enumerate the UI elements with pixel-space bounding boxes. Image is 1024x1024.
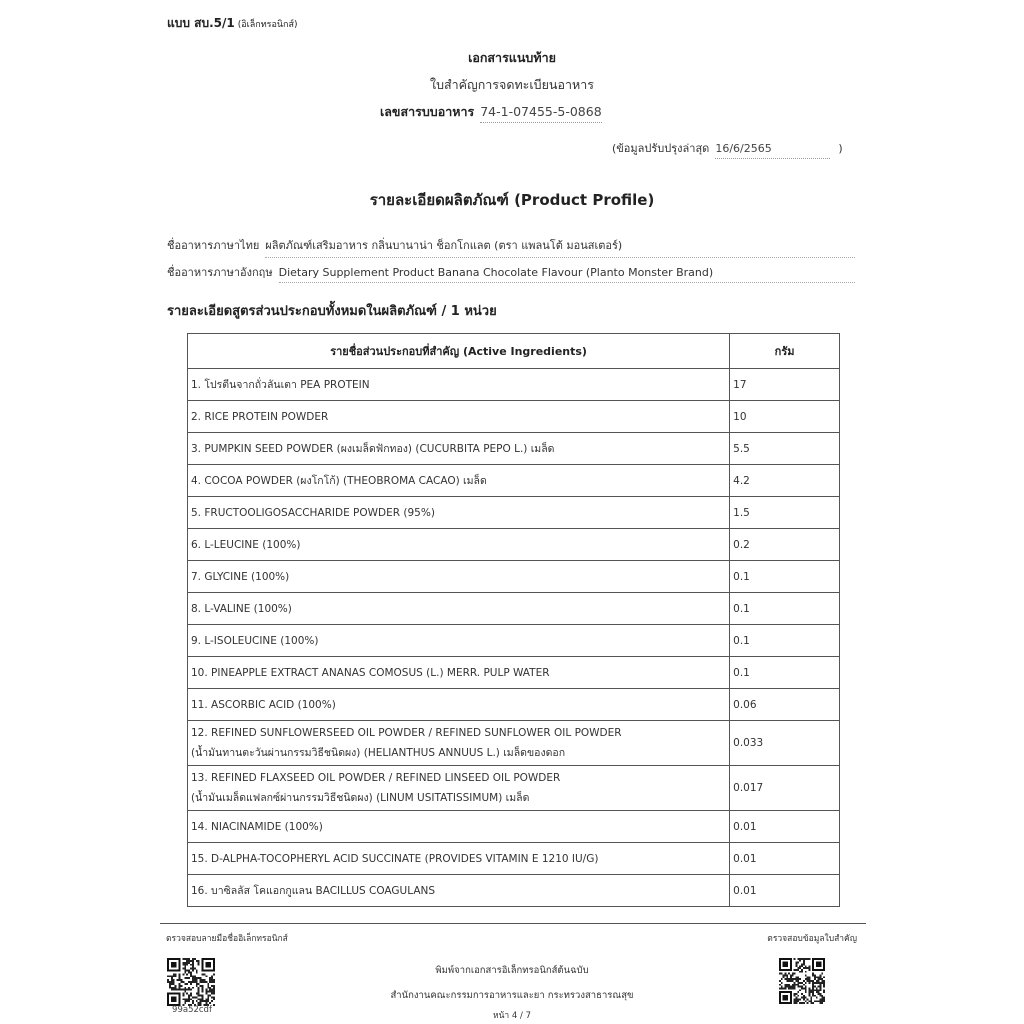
ingredient-name: 3. PUMPKIN SEED POWDER (ผงเมล็ดฟักทอง) (…	[188, 433, 730, 465]
ingredient-name: 7. GLYCINE (100%)	[188, 561, 730, 593]
ingredient-name: 11. ASCORBIC ACID (100%)	[188, 689, 730, 721]
table-row: 6. L-LEUCINE (100%)0.2	[188, 529, 840, 561]
ingredient-grams: 0.1	[730, 625, 840, 657]
issuing-agency: สำนักงานคณะกรรมการอาหารและยา กระทรวงสาธา…	[0, 988, 1024, 1003]
ingredient-name-line: 1. โปรตีนจากถั่วลันเตา PEA PROTEIN	[191, 376, 726, 393]
ingredient-grams: 0.01	[730, 843, 840, 875]
ingredient-name: 10. PINEAPPLE EXTRACT ANANAS COMOSUS (L.…	[188, 657, 730, 689]
ingredient-grams: 0.01	[730, 875, 840, 907]
table-row: 15. D-ALPHA-TOCOPHERYL ACID SUCCINATE (P…	[188, 843, 840, 875]
updated-date: 16/6/2565	[715, 142, 830, 159]
ingredient-grams: 1.5	[730, 497, 840, 529]
ingredient-name-line: 14. NIACINAMIDE (100%)	[191, 821, 726, 833]
ingredient-name-line: (น้ำมันทานตะวันผ่านกรรมวิธีชนิดผง) (HELI…	[191, 743, 726, 763]
table-row: 7. GLYCINE (100%)0.1	[188, 561, 840, 593]
ingredient-grams: 4.2	[730, 465, 840, 497]
form-code-sub: (อิเล็กทรอนิกส์)	[238, 20, 298, 30]
table-row: 8. L-VALINE (100%)0.1	[188, 593, 840, 625]
ingredient-name-line: 13. REFINED FLAXSEED OIL POWDER / REFINE…	[191, 768, 726, 788]
updated-close: )	[838, 142, 842, 155]
ingredient-name: 5. FRUCTOOLIGOSACCHARIDE POWDER (95%)	[188, 497, 730, 529]
ingredient-grams: 17	[730, 369, 840, 401]
ingredient-name: 13. REFINED FLAXSEED OIL POWDER / REFINE…	[188, 766, 730, 811]
ingredient-name: 16. บาซิลลัส โคแอกกูแลน BACILLUS COAGULA…	[188, 875, 730, 907]
ingredient-name-line: 11. ASCORBIC ACID (100%)	[191, 699, 726, 711]
printed-from-original: พิมพ์จากเอกสารอิเล็กทรอนิกส์ต้นฉบับ	[0, 963, 1024, 978]
ingredient-grams: 0.017	[730, 766, 840, 811]
ingredient-grams: 0.033	[730, 721, 840, 766]
ingredient-name: 8. L-VALINE (100%)	[188, 593, 730, 625]
ingredient-name: 2. RICE PROTEIN POWDER	[188, 401, 730, 433]
registration-number: 74-1-07455-5-0868	[480, 104, 602, 123]
ingredient-name: 4. COCOA POWDER (ผงโกโก้) (THEOBROMA CAC…	[188, 465, 730, 497]
ingredients-body: 1. โปรตีนจากถั่วลันเตา PEA PROTEIN172. R…	[188, 369, 840, 907]
registration-row: เลขสารบบอาหาร 74-1-07455-5-0868	[380, 102, 602, 123]
ingredient-name-line: 6. L-LEUCINE (100%)	[191, 539, 726, 551]
ingredient-name-line: (น้ำมันเมล็ดแฟลกซ์ผ่านกรรมวิธีชนิดผง) (L…	[191, 788, 726, 808]
document-subtitle: ใบสำคัญการจดทะเบียนอาหาร	[0, 75, 1024, 95]
ingredient-name: 14. NIACINAMIDE (100%)	[188, 811, 730, 843]
thai-name-label: ชื่ออาหารภาษาไทย	[167, 236, 259, 254]
footer-divider	[160, 923, 866, 924]
form-code-main: แบบ สบ.5/1	[167, 16, 235, 30]
table-row: 4. COCOA POWDER (ผงโกโก้) (THEOBROMA CAC…	[188, 465, 840, 497]
thai-name-value: ผลิตภัณฑ์เสริมอาหาร กลิ่นบานาน่า ช็อกโกแ…	[265, 236, 855, 258]
ingredient-grams: 10	[730, 401, 840, 433]
ingredient-name-line: 5. FRUCTOOLIGOSACCHARIDE POWDER (95%)	[191, 507, 726, 519]
ingredient-grams: 0.01	[730, 811, 840, 843]
ingredient-name-line: 4. COCOA POWDER (ผงโกโก้) (THEOBROMA CAC…	[191, 472, 726, 489]
ingredient-name-line: 3. PUMPKIN SEED POWDER (ผงเมล็ดฟักทอง) (…	[191, 440, 726, 457]
table-row: 5. FRUCTOOLIGOSACCHARIDE POWDER (95%)1.5	[188, 497, 840, 529]
certificate-verify-label: ตรวจสอบข้อมูลใบสำคัญ	[767, 931, 857, 945]
form-code: แบบ สบ.5/1(อิเล็กทรอนิกส์)	[167, 14, 297, 33]
ingredient-name-line: 10. PINEAPPLE EXTRACT ANANAS COMOSUS (L.…	[191, 667, 726, 679]
page-number: หน้า 4 / 7	[0, 1008, 1024, 1022]
ingredient-grams: 0.1	[730, 657, 840, 689]
updated-row: (ข้อมูลปรับปรุงล่าสุด 16/6/2565 )	[612, 139, 843, 159]
ingredient-name-line: 15. D-ALPHA-TOCOPHERYL ACID SUCCINATE (P…	[191, 853, 726, 865]
ingredient-name: 6. L-LEUCINE (100%)	[188, 529, 730, 561]
ingredient-grams: 0.1	[730, 593, 840, 625]
ingredient-name-line: 9. L-ISOLEUCINE (100%)	[191, 635, 726, 647]
ingredient-name-line: 8. L-VALINE (100%)	[191, 603, 726, 615]
ingredients-table: รายชื่อส่วนประกอบที่สำคัญ (Active Ingred…	[187, 333, 840, 907]
ingredient-name-line: 12. REFINED SUNFLOWERSEED OIL POWDER / R…	[191, 723, 726, 743]
ingredient-name: 15. D-ALPHA-TOCOPHERYL ACID SUCCINATE (P…	[188, 843, 730, 875]
table-row: 14. NIACINAMIDE (100%)0.01	[188, 811, 840, 843]
table-header-row: รายชื่อส่วนประกอบที่สำคัญ (Active Ingred…	[188, 334, 840, 369]
table-row: 11. ASCORBIC ACID (100%)0.06	[188, 689, 840, 721]
ingredient-name: 1. โปรตีนจากถั่วลันเตา PEA PROTEIN	[188, 369, 730, 401]
ingredient-grams: 5.5	[730, 433, 840, 465]
table-row: 2. RICE PROTEIN POWDER10	[188, 401, 840, 433]
column-header-grams: กรัม	[730, 334, 840, 369]
ingredient-name: 9. L-ISOLEUCINE (100%)	[188, 625, 730, 657]
table-row: 12. REFINED SUNFLOWERSEED OIL POWDER / R…	[188, 721, 840, 766]
table-row: 9. L-ISOLEUCINE (100%)0.1	[188, 625, 840, 657]
ingredient-grams: 0.06	[730, 689, 840, 721]
english-name-row: ชื่ออาหารภาษาอังกฤษ Dietary Supplement P…	[167, 263, 855, 283]
english-name-value: Dietary Supplement Product Banana Chocol…	[279, 266, 855, 283]
column-header-ingredient: รายชื่อส่วนประกอบที่สำคัญ (Active Ingred…	[188, 334, 730, 369]
profile-title: รายละเอียดผลิตภัณฑ์ (Product Profile)	[0, 188, 1024, 212]
ingredient-name-line: 2. RICE PROTEIN POWDER	[191, 411, 726, 423]
ingredient-grams: 0.1	[730, 561, 840, 593]
table-row: 10. PINEAPPLE EXTRACT ANANAS COMOSUS (L.…	[188, 657, 840, 689]
formula-title: รายละเอียดสูตรส่วนประกอบทั้งหมดในผลิตภัณ…	[167, 300, 497, 321]
table-row: 3. PUMPKIN SEED POWDER (ผงเมล็ดฟักทอง) (…	[188, 433, 840, 465]
ingredient-name-line: 7. GLYCINE (100%)	[191, 571, 726, 583]
signature-verify-label: ตรวจสอบลายมือชื่ออิเล็กทรอนิกส์	[166, 931, 288, 945]
updated-label: (ข้อมูลปรับปรุงล่าสุด	[612, 139, 709, 157]
registration-label: เลขสารบบอาหาร	[380, 102, 474, 122]
thai-name-row: ชื่ออาหารภาษาไทย ผลิตภัณฑ์เสริมอาหาร กลิ…	[167, 236, 855, 258]
document-title: เอกสารแนบท้าย	[0, 48, 1024, 68]
table-row: 16. บาซิลลัส โคแอกกูแลน BACILLUS COAGULA…	[188, 875, 840, 907]
table-row: 1. โปรตีนจากถั่วลันเตา PEA PROTEIN17	[188, 369, 840, 401]
english-name-label: ชื่ออาหารภาษาอังกฤษ	[167, 263, 273, 281]
ingredient-grams: 0.2	[730, 529, 840, 561]
ingredient-name: 12. REFINED SUNFLOWERSEED OIL POWDER / R…	[188, 721, 730, 766]
ingredient-name-line: 16. บาซิลลัส โคแอกกูแลน BACILLUS COAGULA…	[191, 882, 726, 899]
table-row: 13. REFINED FLAXSEED OIL POWDER / REFINE…	[188, 766, 840, 811]
